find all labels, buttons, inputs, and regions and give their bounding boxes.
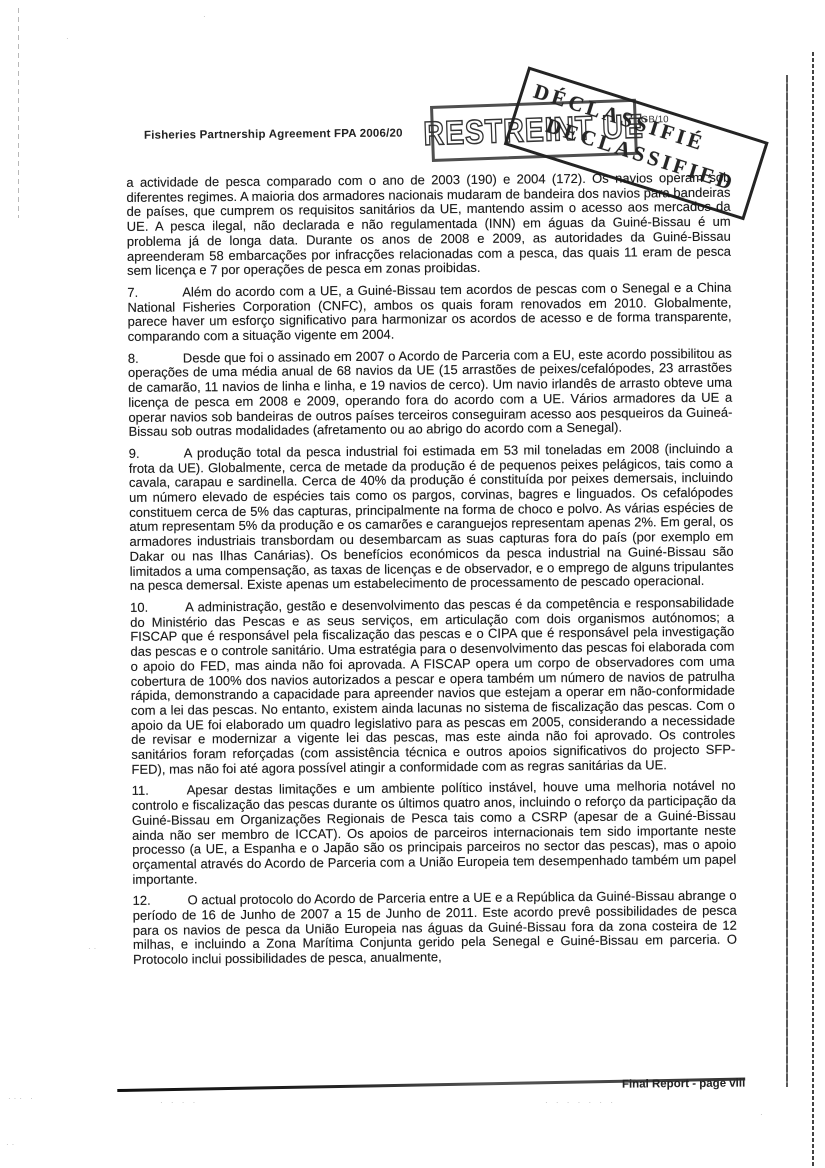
paragraph-text: Além do acordo com a UE, a Guiné-Bissau … bbox=[127, 280, 731, 344]
page-content: Fisheries Partnership Agreement FPA 2006… bbox=[0, 0, 825, 1168]
paragraph-11: 11.Apesar destas limitações e um ambient… bbox=[132, 779, 737, 887]
paragraph-text: A produção total da pesca industrial foi… bbox=[129, 441, 734, 594]
paragraph-text: Desde que foi o assinado em 2007 o Acord… bbox=[128, 345, 732, 439]
scan-noise: ·· bbox=[6, 1140, 17, 1149]
paragraph-7: 7.Além do acordo com a UE, a Guiné-Bissa… bbox=[127, 281, 731, 345]
scan-edge-line bbox=[786, 75, 788, 1087]
document-body: a actividade de pesca comparado com o an… bbox=[126, 171, 737, 975]
document-header-title: Fisheries Partnership Agreement FPA 2006… bbox=[144, 128, 403, 142]
paragraph-10: 10.A administração, gestão e desenvolvim… bbox=[130, 596, 736, 778]
scan-noise: · bbox=[203, 12, 209, 21]
scan-edge-line bbox=[812, 52, 814, 1168]
scan-noise: ·· bbox=[88, 944, 99, 953]
scan-noise: · bbox=[760, 1110, 766, 1119]
scan-noise: · · · · · · · bbox=[545, 1098, 616, 1107]
scan-edge-line bbox=[18, 8, 19, 218]
footer-page-label: Final Report - page viii bbox=[549, 1078, 745, 1092]
paragraph-text: a actividade de pesca comparado com o an… bbox=[126, 170, 731, 278]
scan-noise: · bbox=[66, 34, 72, 43]
scan-noise: ··· · bbox=[8, 1094, 36, 1103]
paragraph-text: Apesar destas limitações e um ambiente p… bbox=[132, 778, 737, 886]
paragraph-text: O actual protocolo do Acordo de Parceria… bbox=[133, 888, 737, 967]
paragraph-9: 9.A produção total da pesca industrial f… bbox=[129, 442, 734, 594]
paragraph-12: 12.O actual protocolo do Acordo de Parce… bbox=[133, 889, 738, 968]
paragraph-6-continuation: a actividade de pesca comparado com o an… bbox=[126, 171, 731, 279]
paragraph-text: A administração, gestão e desenvolviment… bbox=[130, 595, 735, 777]
paragraph-8: 8.Desde que foi o assinado em 2007 o Aco… bbox=[128, 346, 733, 439]
scanned-page: Fisheries Partnership Agreement FPA 2006… bbox=[0, 0, 825, 1168]
scan-noise: · · · · bbox=[160, 1098, 198, 1107]
